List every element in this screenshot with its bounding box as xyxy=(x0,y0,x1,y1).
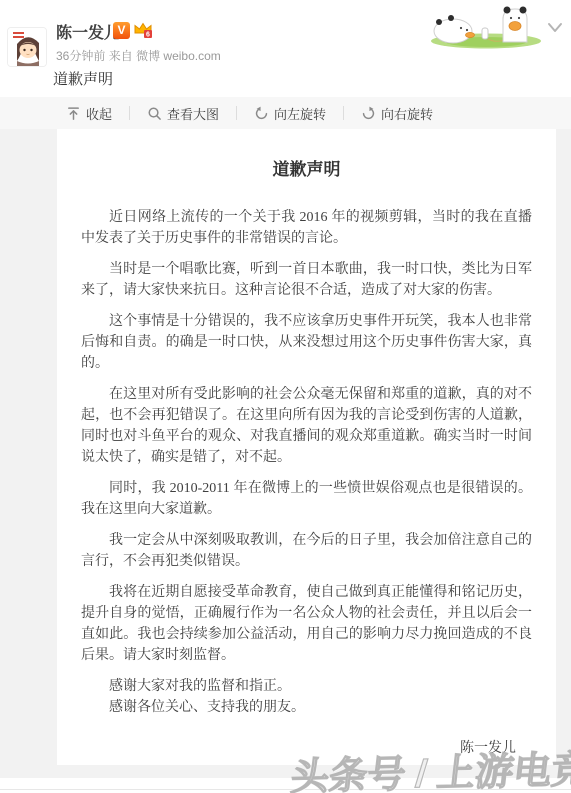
post-meta: 36分钟前 来自 微博 weibo.com xyxy=(56,47,221,64)
avatar-illustration xyxy=(8,28,47,67)
source-link[interactable]: 微博 weibo.com xyxy=(136,49,221,63)
rotate-left-button[interactable]: 向左旋转 xyxy=(254,104,326,123)
vip-crown-icon[interactable]: 6 xyxy=(133,21,153,39)
letter-paragraph: 这个事情是十分错误的，我不应该拿历史事件开玩笑，我本人也非常后悔和自责。的确是一… xyxy=(81,311,532,374)
letter-content: 道歉声明 近日网络上流传的一个关于我 2016 年的视频剪辑，当时的我在直播中发… xyxy=(57,129,556,765)
toolbar-divider xyxy=(343,106,344,120)
rotate-right-icon xyxy=(361,106,376,121)
letter-paragraph: 近日网络上流传的一个关于我 2016 年的视频剪辑，当时的我在直播中发表了关于历… xyxy=(81,207,532,249)
letter-title: 道歉声明 xyxy=(81,159,532,181)
apology-letter-image[interactable]: 道歉声明 近日网络上流传的一个关于我 2016 年的视频剪辑，当时的我在直播中发… xyxy=(57,129,556,765)
collapse-button[interactable]: 收起 xyxy=(66,104,112,123)
bear-decoration-icon xyxy=(426,2,544,50)
toolbar-divider xyxy=(129,106,130,120)
letter-paragraph: 我一定会从中深刻吸取教训，在今后的日子里，我会加倍注意自己的言行，不会再犯类似错… xyxy=(81,530,532,572)
bottom-strip xyxy=(0,778,571,793)
view-large-label: 查看大图 xyxy=(167,104,219,123)
source-label: 来自 xyxy=(109,49,133,63)
rotate-left-icon xyxy=(254,106,269,121)
timestamp-link[interactable]: 36分钟前 xyxy=(56,49,105,63)
post-text: 道歉声明 xyxy=(53,68,113,89)
section-divider xyxy=(0,789,571,790)
letter-closing-line: 感谢各位关心、支持我的朋友。 xyxy=(81,697,532,718)
post-header: 陈一发儿 V 6 36分钟前 来自 微博 weibo.com 道歉声明 xyxy=(0,0,571,97)
signature-block: 陈一发儿 2018 年 7 月 31 日 xyxy=(81,738,532,765)
letter-body: 近日网络上流传的一个关于我 2016 年的视频剪辑，当时的我在直播中发表了关于历… xyxy=(81,207,532,718)
letter-closing-line: 感谢大家对我的监督和指正。 xyxy=(81,676,532,697)
collapse-label: 收起 xyxy=(86,104,112,123)
username[interactable]: 陈一发儿 xyxy=(56,20,120,43)
image-toolbar: 收起 查看大图 向左旋转 向右旋转 xyxy=(0,97,571,129)
toolbar-divider xyxy=(236,106,237,120)
rotate-right-button[interactable]: 向右旋转 xyxy=(361,104,433,123)
signature-name: 陈一发儿 xyxy=(81,738,516,759)
letter-paragraph: 同时，我 2010-2011 年在微博上的一些愤世娱俗观点也是很错误的。我在这里… xyxy=(81,478,532,520)
letter-paragraph: 在这里对所有受此影响的社会公众毫无保留和郑重的道歉，真的对不起，也不会再犯错误了… xyxy=(81,384,532,468)
bear-decoration xyxy=(426,2,544,50)
rotate-right-label: 向右旋转 xyxy=(381,104,433,123)
avatar[interactable] xyxy=(7,27,47,67)
collapse-arrow-icon xyxy=(66,106,81,121)
rotate-left-label: 向左旋转 xyxy=(274,104,326,123)
letter-paragraph: 当时是一个唱歌比赛，听到一首日本歌曲，我一时口快，类比为日军来了，请大家快来抗日… xyxy=(81,259,532,301)
vip-level-label: 6 xyxy=(146,32,150,39)
magnifier-icon xyxy=(147,106,162,121)
chevron-down-icon xyxy=(547,22,563,34)
verified-badge-icon[interactable]: V xyxy=(113,22,130,39)
view-large-button[interactable]: 查看大图 xyxy=(147,104,219,123)
letter-paragraph: 我将在近期自愿接受革命教育，使自己做到真正能懂得和铭记历史，提升自身的觉悟，正确… xyxy=(81,582,532,666)
post-menu-button[interactable] xyxy=(547,21,563,33)
